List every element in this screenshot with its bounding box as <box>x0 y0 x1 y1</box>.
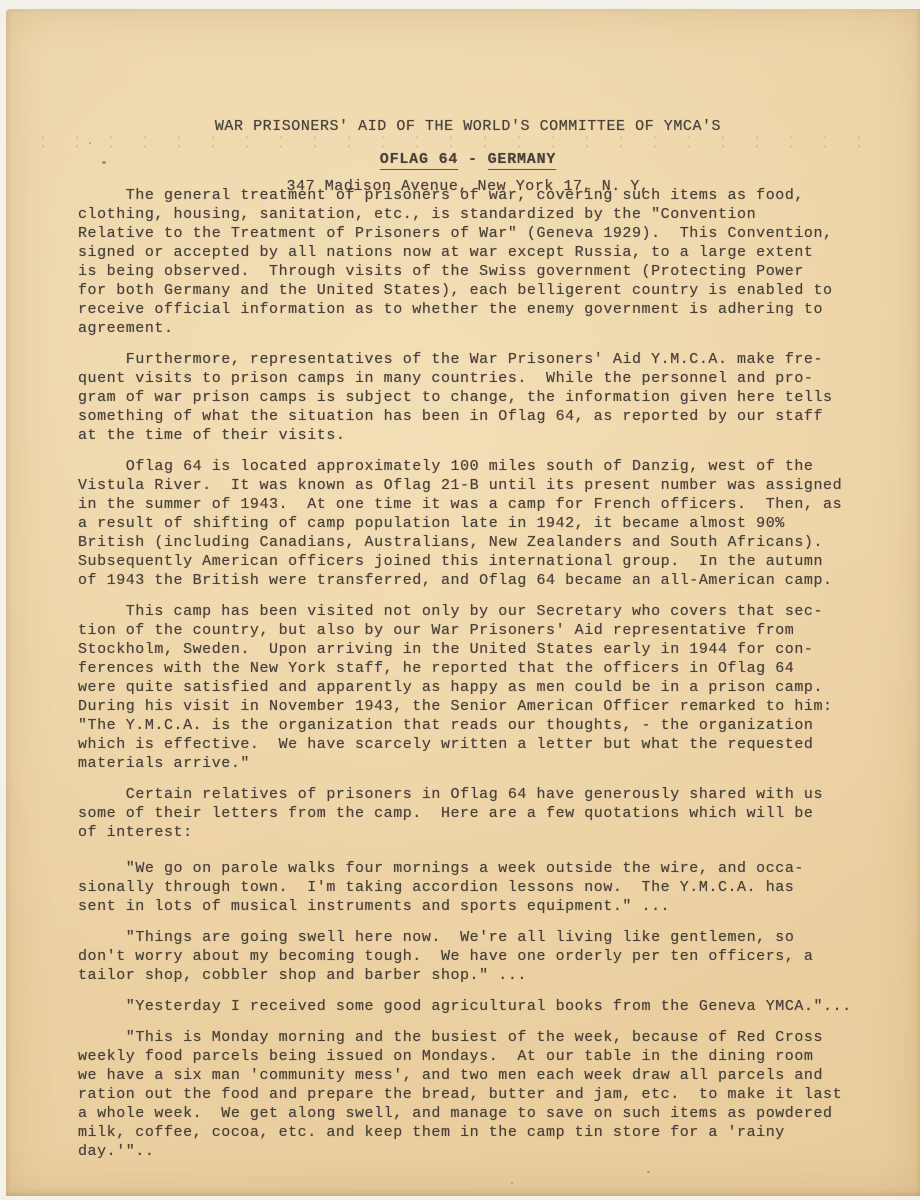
quote-parole-walks: "We go on parole walks four mornings a w… <box>78 859 864 916</box>
document-body: The general treatment of prisoners of wa… <box>78 186 864 1173</box>
title-country: GERMANY <box>488 151 557 170</box>
paper-sheet: WAR PRISONERS' AID OF THE WORLD'S COMMIT… <box>6 9 920 1196</box>
paragraph-camp-location-history: Oflag 64 is located approximately 100 mi… <box>78 457 864 590</box>
paragraph-relatives-letters: Certain relatives of prisoners in Oflag … <box>78 785 864 842</box>
organization-name: WAR PRISONERS' AID OF THE WORLD'S COMMIT… <box>78 117 858 137</box>
quote-living-like-gentlemen: "Things are going swell here now. We're … <box>78 928 864 985</box>
quote-agricultural-books: "Yesterday I received some good agricult… <box>78 997 864 1016</box>
title-separator: - <box>458 151 487 168</box>
ink-speck <box>511 1182 513 1184</box>
quote-monday-parcels: "This is Monday morning and the busiest … <box>78 1028 864 1161</box>
paragraph-treatment-convention: The general treatment of prisoners of wa… <box>78 186 864 338</box>
paragraph-secretary-visit: This camp has been visited not only by o… <box>78 602 864 773</box>
scanned-document-page: { "page": { "paper_color": "#ecd3a7", "i… <box>0 0 920 1200</box>
document-title: OFLAG 64 - GERMANY <box>78 151 858 168</box>
paragraph-ymca-visits: Furthermore, representatives of the War … <box>78 350 864 445</box>
title-camp: OFLAG 64 <box>380 151 458 170</box>
